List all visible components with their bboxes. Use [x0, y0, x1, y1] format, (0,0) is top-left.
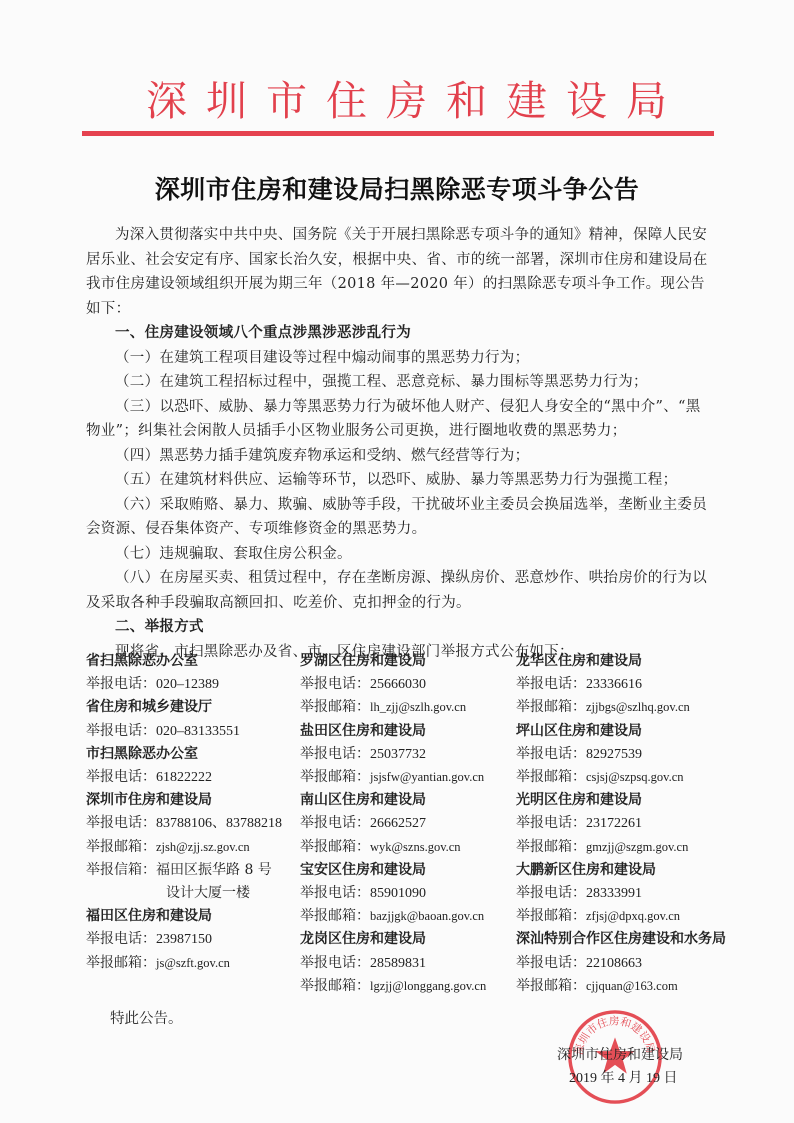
- signature-block: 深圳市住房和建设局 2019 年 4 月 19 日: [557, 1043, 683, 1091]
- phone-value: 25666030: [370, 677, 426, 692]
- mail-label: 举报信箱：: [86, 862, 156, 878]
- email-label: 举报邮箱：: [516, 978, 586, 994]
- email-label: 举报邮箱：: [300, 769, 370, 785]
- section-1-item-5: （五）在建筑材料供应、运输等环节，以恐吓、威胁、暴力等黑恶势力行为强揽工程；: [86, 468, 714, 493]
- closing-statement: 特此公告。: [110, 1007, 183, 1028]
- email-label: 举报邮箱：: [516, 699, 586, 715]
- contact-org: 宝安区住房和建设局: [300, 859, 515, 882]
- phone-value: 28333991: [586, 886, 642, 901]
- document-body: 为深入贯彻落实中共中央、国务院《关于开展扫黑除恶专项斗争的通知》精神，保障人民安…: [86, 223, 714, 664]
- email-label: 举报邮箱：: [86, 839, 156, 855]
- phone-label: 举报电话：: [300, 815, 370, 831]
- email-label: 举报邮箱：: [300, 839, 370, 855]
- contact-column-3: 龙华区住房和建设局 举报电话：23336616 举报邮箱：zjjbgs@szlh…: [516, 650, 746, 998]
- email-link[interactable]: bazjjgk@baoan.gov.cn: [370, 909, 484, 923]
- signing-organization: 深圳市住房和建设局: [557, 1043, 683, 1067]
- contact-phone-line: 举报电话：25666030: [300, 673, 515, 696]
- phone-value: 020–12389: [156, 677, 219, 692]
- phone-label: 举报电话：: [86, 676, 156, 692]
- contact-phone-line: 举报电话：26662527: [300, 812, 515, 835]
- contact-column-2: 罗湖区住房和建设局 举报电话：25666030 举报邮箱：lh_zjj@szlh…: [300, 650, 515, 998]
- mail-address: 福田区振华路 8 号: [156, 862, 272, 878]
- contact-phone-line: 举报电话：22108663: [516, 952, 746, 975]
- contact-email-line: 举报邮箱：gmzjj@szgm.gov.cn: [516, 836, 746, 859]
- email-label: 举报邮箱：: [516, 839, 586, 855]
- contact-phone-line: 举报电话：020–12389: [86, 673, 301, 696]
- email-link[interactable]: lh_zjj@szlh.gov.cn: [370, 700, 466, 714]
- email-label: 举报邮箱：: [300, 978, 370, 994]
- contact-org: 盐田区住房和建设局: [300, 720, 515, 743]
- phone-value: 61822222: [156, 770, 212, 785]
- contact-org: 省住房和城乡建设厅: [86, 696, 301, 719]
- intro-paragraph: 为深入贯彻落实中共中央、国务院《关于开展扫黑除恶专项斗争的通知》精神，保障人民安…: [86, 223, 714, 321]
- contact-phone-line: 举报电话：61822222: [86, 766, 301, 789]
- contact-email-line: 举报邮箱：lgzjj@longgang.gov.cn: [300, 975, 515, 998]
- phone-value: 020–83133551: [156, 724, 240, 739]
- section-1-item-7: （七）违规骗取、套取住房公积金。: [86, 542, 714, 567]
- section-1-item-1: （一）在建筑工程项目建设等过程中煽动闹事的黑恶势力行为；: [86, 346, 714, 371]
- email-link[interactable]: csjsj@szpsq.gov.cn: [586, 770, 684, 784]
- email-link[interactable]: lgzjj@longgang.gov.cn: [370, 979, 486, 993]
- email-link[interactable]: js@szft.gov.cn: [156, 956, 230, 970]
- phone-value: 23987150: [156, 932, 212, 947]
- contact-email-line: 举报邮箱：bazjjgk@baoan.gov.cn: [300, 905, 515, 928]
- phone-label: 举报电话：: [516, 676, 586, 692]
- email-label: 举报邮箱：: [516, 908, 586, 924]
- contact-org: 坪山区住房和建设局: [516, 720, 746, 743]
- phone-label: 举报电话：: [300, 955, 370, 971]
- email-label: 举报邮箱：: [300, 908, 370, 924]
- email-label: 举报邮箱：: [86, 955, 156, 971]
- email-link[interactable]: wyk@szns.gov.cn: [370, 840, 461, 854]
- email-label: 举报邮箱：: [516, 769, 586, 785]
- letterhead-title: 深圳市住房和建设局: [0, 68, 794, 127]
- section-1-item-4: （四）黑恶势力插手建筑废弃物承运和受纳、燃气经营等行为；: [86, 444, 714, 469]
- section-1-item-2: （二）在建筑工程招标过程中，强揽工程、恶意竞标、暴力围标等黑恶势力行为；: [86, 370, 714, 395]
- section-1-item-6: （六）采取贿赂、暴力、欺骗、威胁等手段，干扰破坏业主委员会换届选举，垄断业主委员…: [86, 493, 714, 542]
- signing-date: 2019 年 4 月 19 日: [557, 1067, 683, 1091]
- email-link[interactable]: jsjsfw@yantian.gov.cn: [370, 770, 484, 784]
- phone-value: 83788106、83788218: [156, 816, 282, 831]
- phone-value: 25037732: [370, 747, 426, 762]
- email-link[interactable]: zfjsj@dpxq.gov.cn: [586, 909, 680, 923]
- phone-label: 举报电话：: [86, 815, 156, 831]
- section-2-heading: 二、举报方式: [86, 615, 714, 640]
- contact-phone-line: 举报电话：83788106、83788218: [86, 812, 301, 835]
- section-1-item-8: （八）在房屋买卖、租赁过程中，存在垄断房源、操纵房价、恶意炒作、哄抬房价的行为以…: [86, 566, 714, 615]
- section-1-item-3: （三）以恐吓、威胁、暴力等黑恶势力行为破坏他人财产、侵犯人身安全的“黑中介”、“…: [86, 395, 714, 444]
- contact-email-line: 举报邮箱：wyk@szns.gov.cn: [300, 836, 515, 859]
- contact-phone-line: 举报电话：23987150: [86, 928, 301, 951]
- contact-phone-line: 举报电话：28589831: [300, 952, 515, 975]
- contact-org: 深圳市住房和建设局: [86, 789, 301, 812]
- email-link[interactable]: zjsh@zjj.sz.gov.cn: [156, 840, 250, 854]
- contact-phone-line: 举报电话：23336616: [516, 673, 746, 696]
- phone-label: 举报电话：: [86, 769, 156, 785]
- contact-email-line: 举报邮箱：jsjsfw@yantian.gov.cn: [300, 766, 515, 789]
- contact-email-line: 举报邮箱：cjjquan@163.com: [516, 975, 746, 998]
- contact-org: 省扫黑除恶办公室: [86, 650, 301, 673]
- contact-phone-line: 举报电话：85901090: [300, 882, 515, 905]
- section-1-heading: 一、住房建设领域八个重点涉黑涉恶涉乱行为: [86, 321, 714, 346]
- contact-email-line: 举报邮箱：js@szft.gov.cn: [86, 952, 301, 975]
- contact-org: 市扫黑除恶办公室: [86, 743, 301, 766]
- phone-value: 22108663: [586, 956, 642, 971]
- contact-org: 龙华区住房和建设局: [516, 650, 746, 673]
- phone-label: 举报电话：: [516, 815, 586, 831]
- phone-value: 23172261: [586, 816, 642, 831]
- phone-label: 举报电话：: [516, 746, 586, 762]
- phone-label: 举报电话：: [300, 885, 370, 901]
- phone-label: 举报电话：: [516, 885, 586, 901]
- phone-label: 举报电话：: [516, 955, 586, 971]
- contact-org: 龙岗区住房和建设局: [300, 928, 515, 951]
- contact-mail-line: 举报信箱：福田区振华路 8 号: [86, 859, 301, 882]
- letterhead-red-rule: [82, 131, 714, 136]
- email-link[interactable]: zjjbgs@szlhq.gov.cn: [586, 700, 690, 714]
- contact-phone-line: 举报电话：28333991: [516, 882, 746, 905]
- contact-phone-line: 举报电话：23172261: [516, 812, 746, 835]
- email-link[interactable]: cjjquan@163.com: [586, 979, 678, 993]
- contact-org: 深汕特别合作区住房建设和水务局: [516, 928, 746, 951]
- phone-label: 举报电话：: [300, 746, 370, 762]
- contact-email-line: 举报邮箱：lh_zjj@szlh.gov.cn: [300, 696, 515, 719]
- contact-email-line: 举报邮箱：zjsh@zjj.sz.gov.cn: [86, 836, 301, 859]
- phone-value: 85901090: [370, 886, 426, 901]
- contact-org: 大鹏新区住房和建设局: [516, 859, 746, 882]
- contact-email-line: 举报邮箱：zjjbgs@szlhq.gov.cn: [516, 696, 746, 719]
- phone-label: 举报电话：: [86, 931, 156, 947]
- document-title: 深圳市住房和建设局扫黑除恶专项斗争公告: [0, 170, 794, 206]
- mail-address-line-2: 设计大厦一楼: [86, 882, 301, 905]
- contact-email-line: 举报邮箱：csjsj@szpsq.gov.cn: [516, 766, 746, 789]
- contact-email-line: 举报邮箱：zfjsj@dpxq.gov.cn: [516, 905, 746, 928]
- contact-column-1: 省扫黑除恶办公室 举报电话：020–12389 省住房和城乡建设厅 举报电话：0…: [86, 650, 301, 975]
- phone-value: 23336616: [586, 677, 642, 692]
- phone-value: 28589831: [370, 956, 426, 971]
- contact-org: 南山区住房和建设局: [300, 789, 515, 812]
- email-label: 举报邮箱：: [300, 699, 370, 715]
- contact-org: 福田区住房和建设局: [86, 905, 301, 928]
- contact-phone-line: 举报电话：020–83133551: [86, 720, 301, 743]
- phone-value: 82927539: [586, 747, 642, 762]
- email-link[interactable]: gmzjj@szgm.gov.cn: [586, 840, 688, 854]
- phone-label: 举报电话：: [86, 723, 156, 739]
- contact-phone-line: 举报电话：25037732: [300, 743, 515, 766]
- contact-org: 罗湖区住房和建设局: [300, 650, 515, 673]
- phone-label: 举报电话：: [300, 676, 370, 692]
- contact-phone-line: 举报电话：82927539: [516, 743, 746, 766]
- phone-value: 26662527: [370, 816, 426, 831]
- contact-org: 光明区住房和建设局: [516, 789, 746, 812]
